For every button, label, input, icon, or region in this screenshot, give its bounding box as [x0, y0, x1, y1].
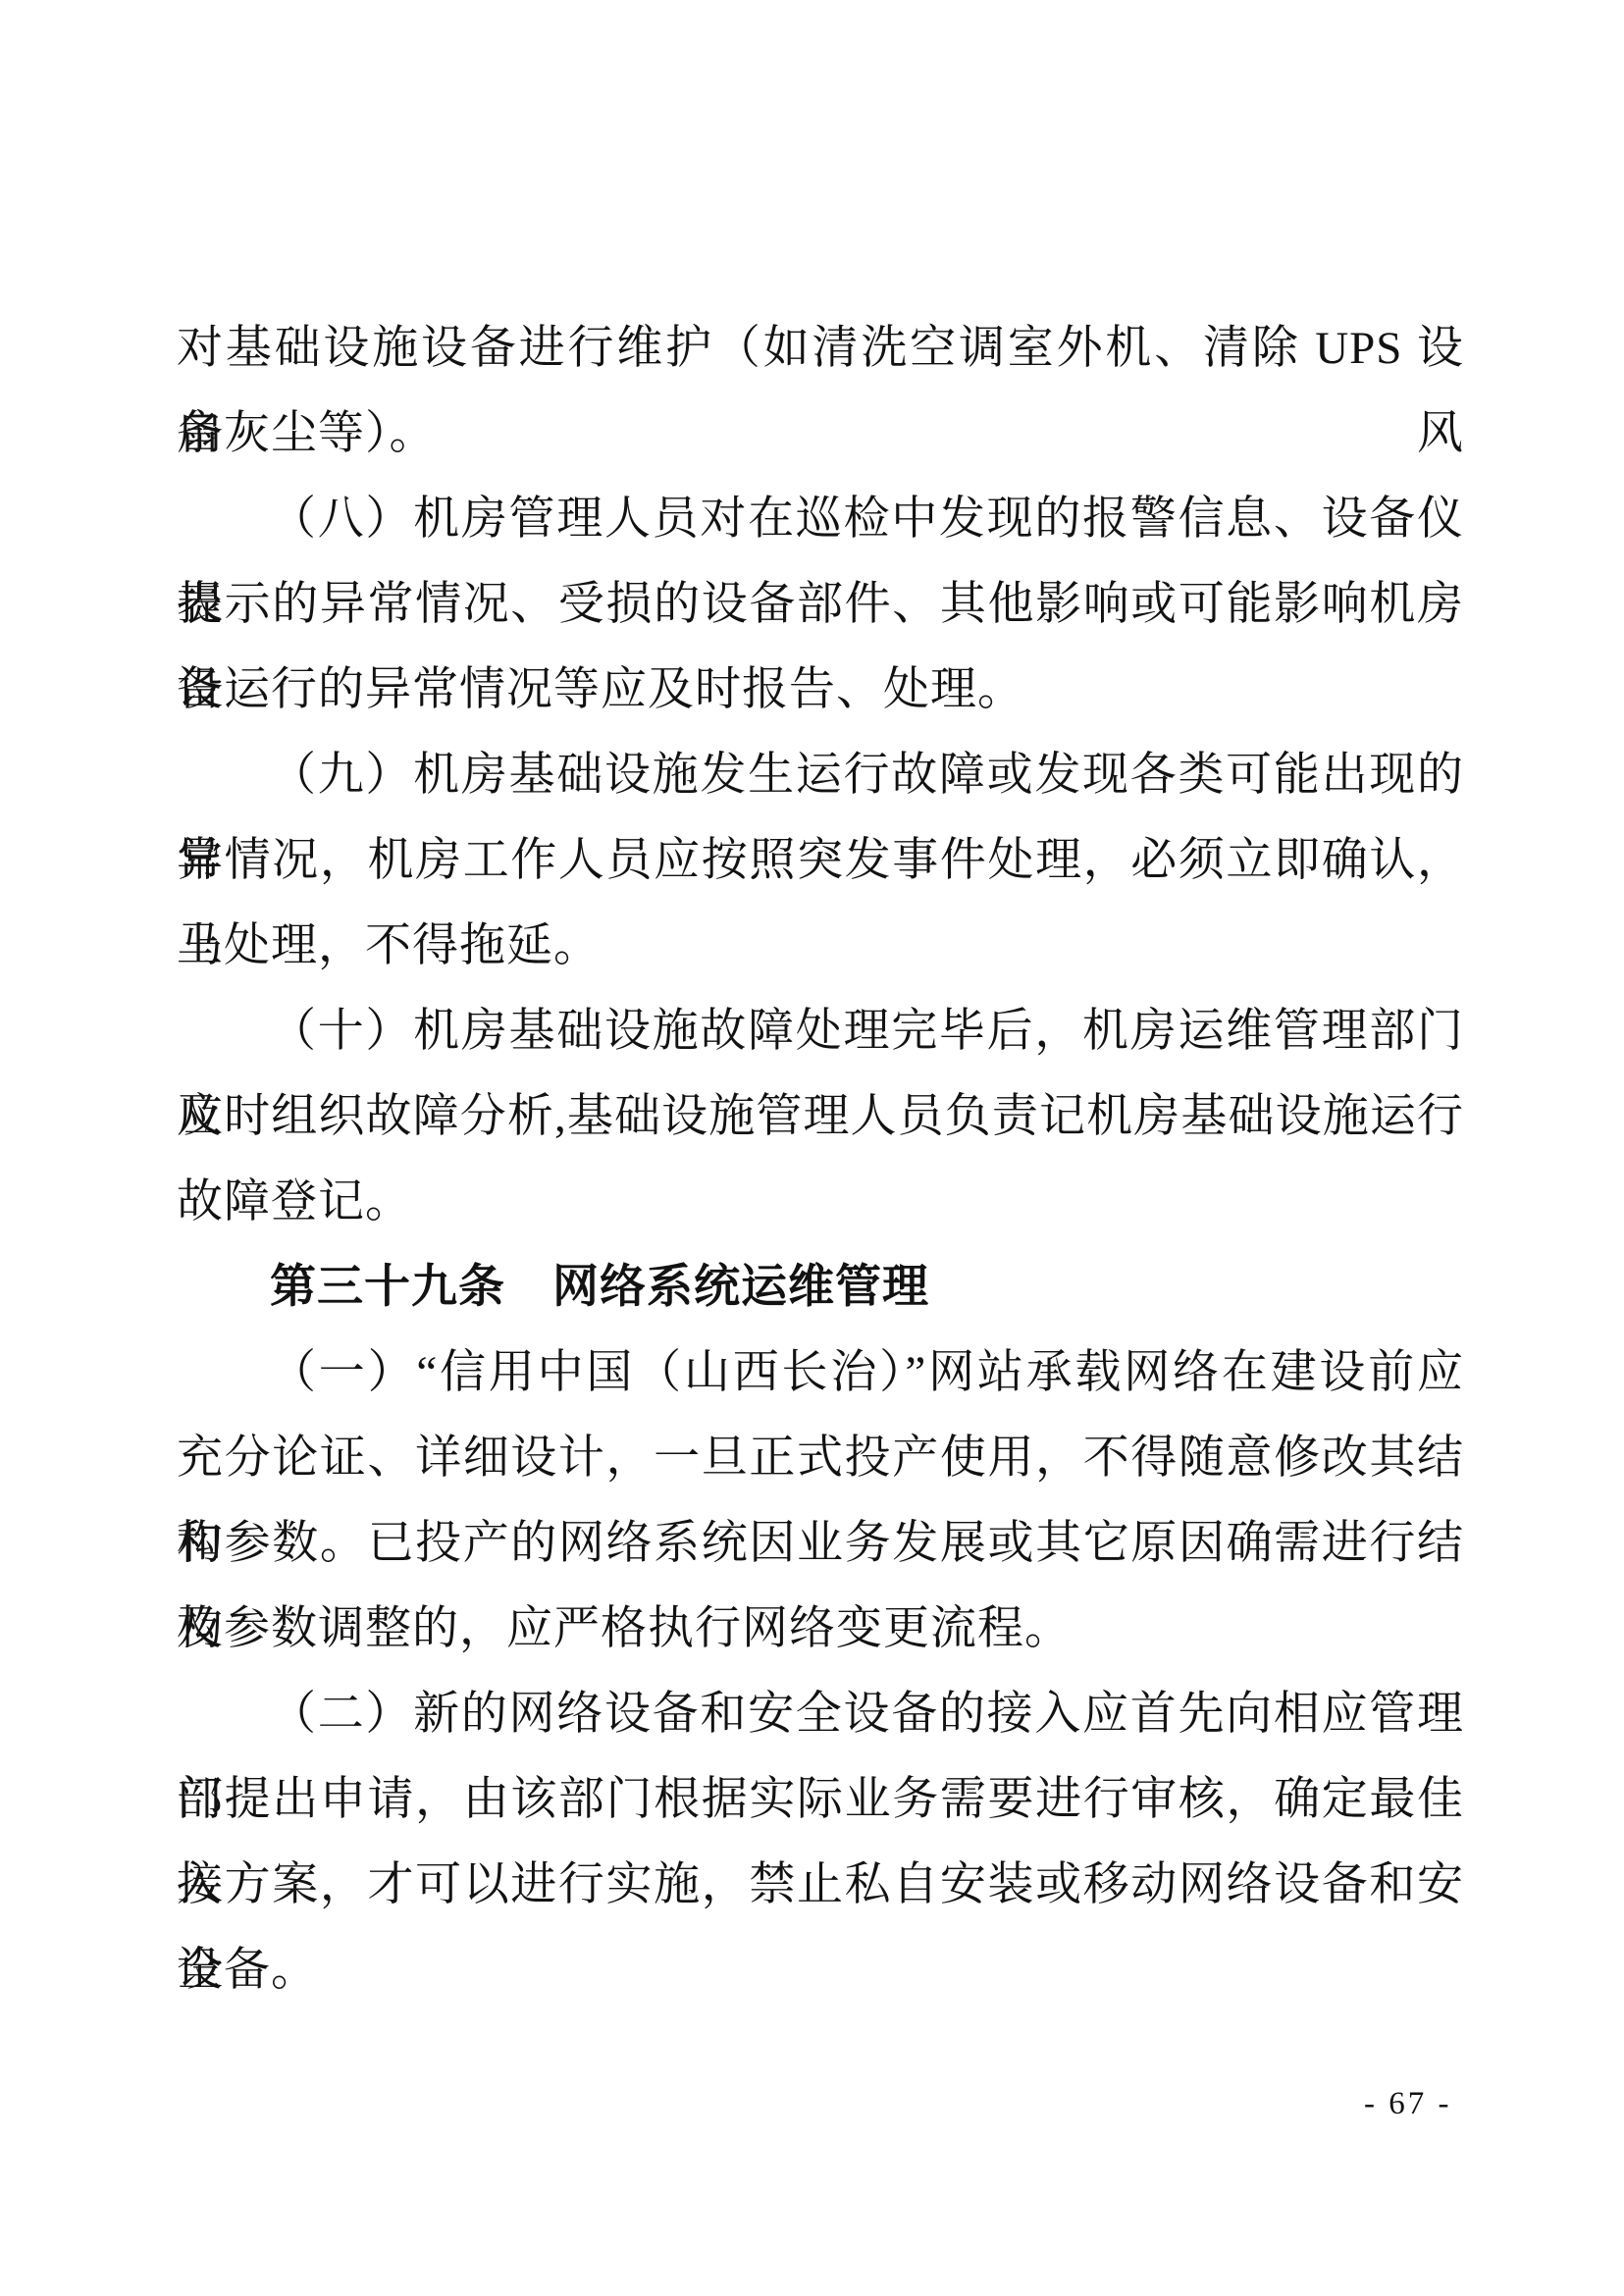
text-line: （十）机房基础设施故障处理完毕后，机房运维管理部门应: [177, 989, 1464, 1074]
text-line: 故障登记。: [177, 1160, 1464, 1245]
text-line: （二）新的网络设备和安全设备的接入应首先向相应管理部: [177, 1672, 1464, 1757]
text-line: 上处理，不得拖延。: [177, 904, 1464, 989]
text-line: 及时组织故障分析,基础设施管理人员负责记机房基础设施运行: [177, 1074, 1464, 1160]
text-line: 门提出申请，由该部门根据实际业务需要进行审核，确定最佳接: [177, 1757, 1464, 1843]
text-line: 充分论证、详细设计，一旦正式投产使用，不得随意修改其结构: [177, 1416, 1464, 1501]
text-line: 备运行的异常情况等应及时报告、处理。: [177, 648, 1464, 733]
page-number: - 67 -: [1364, 2086, 1451, 2122]
document-body: 对基础设施设备进行维护（如清洗空调室外机、清除 UPS 设备风扇灰尘等）。（八）…: [177, 306, 1464, 2013]
text-line: 设备。: [177, 1928, 1464, 2013]
text-line: 常情况，机房工作人员应按照突发事件处理，必须立即确认，马: [177, 818, 1464, 904]
text-line: 提示的异常情况、受损的设备部件、其他影响或可能影响机房设: [177, 562, 1464, 648]
text-line: 及参数调整的，应严格执行网络变更流程。: [177, 1587, 1464, 1672]
text-line: 对基础设施设备进行维护（如清洗空调室外机、清除 UPS 设备风: [177, 306, 1464, 391]
text-line: （一）“信用中国（山西长治）”网站承载网络在建设前应: [177, 1331, 1464, 1416]
document-page: 对基础设施设备进行维护（如清洗空调室外机、清除 UPS 设备风扇灰尘等）。（八）…: [0, 0, 1624, 2296]
text-line: （八）机房管理人员对在巡检中发现的报警信息、设备仪表: [177, 477, 1464, 562]
section-heading: 第三十九条 网络系统运维管理: [177, 1245, 1464, 1331]
text-line: 入方案，才可以进行实施，禁止私自安装或移动网络设备和安全: [177, 1843, 1464, 1928]
text-line: 和参数。已投产的网络系统因业务发展或其它原因确需进行结构: [177, 1501, 1464, 1587]
text-line: （九）机房基础设施发生运行故障或发现各类可能出现的异: [177, 733, 1464, 818]
